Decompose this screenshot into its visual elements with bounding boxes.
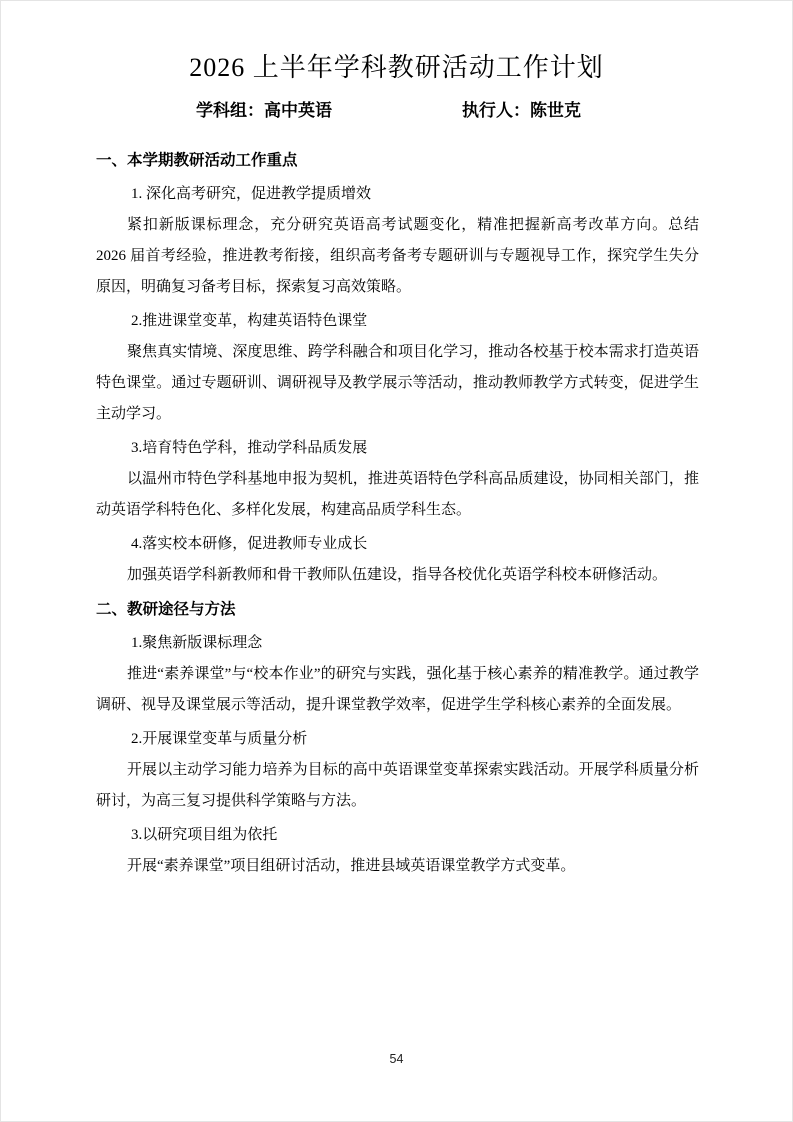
meta-line: 学科组：高中英语 执行人：陈世克 (1, 99, 792, 123)
section-1-item-2-body: 聚焦真实情境、深度思维、跨学科融合和项目化学习，推动各校基于校本需求打造英语特色… (96, 337, 699, 430)
section-1-item-2-subtitle: 2.推进课堂变革，构建英语特色课堂 (96, 306, 699, 337)
section-2-item-3-subtitle: 3.以研究项目组为依托 (96, 820, 699, 851)
section-1-item-1-body: 紧扣新版课标理念，充分研究英语高考试题变化，精准把握新高考改革方向。总结 202… (96, 210, 699, 303)
section-2-item-2-body: 开展以主动学习能力培养为目标的高中英语课堂变革探索实践活动。开展学科质量分析研讨… (96, 755, 699, 817)
section-1-item-3-body: 以温州市特色学科基地申报为契机，推进英语特色学科高品质建设，协同相关部门，推动英… (96, 464, 699, 526)
page-title: 2026 上半年学科教研活动工作计划 (1, 51, 792, 85)
section-2-heading: 二、教研途径与方法 (96, 594, 699, 625)
executor-label: 执行人：陈世克 (462, 99, 581, 123)
section-1-heading: 一、本学期教研活动工作重点 (96, 145, 699, 176)
subject-group-label: 学科组：高中英语 (196, 99, 332, 123)
section-2-item-3-body: 开展“素养课堂”项目组研讨活动，推进县域英语课堂教学方式变革。 (96, 851, 699, 882)
page-number: 54 (1, 1052, 792, 1066)
section-2-item-2-subtitle: 2.开展课堂变革与质量分析 (96, 724, 699, 755)
section-1-item-3-subtitle: 3.培育特色学科，推动学科品质发展 (96, 433, 699, 464)
section-2-item-1-body: 推进“素养课堂”与“校本作业”的研究与实践，强化基于核心素养的精准教学。通过教学… (96, 659, 699, 721)
section-1-item-1-subtitle: 1. 深化高考研究，促进教学提质增效 (96, 179, 699, 210)
section-1-item-4-body: 加强英语学科新教师和骨干教师队伍建设，指导各校优化英语学科校本研修活动。 (96, 560, 699, 591)
section-2-item-1-subtitle: 1.聚焦新版课标理念 (96, 628, 699, 659)
section-1-item-4-subtitle: 4.落实校本研修，促进教师专业成长 (96, 529, 699, 560)
document-page: 2026 上半年学科教研活动工作计划 学科组：高中英语 执行人：陈世克 一、本学… (0, 0, 793, 1122)
document-body: 一、本学期教研活动工作重点 1. 深化高考研究，促进教学提质增效 紧扣新版课标理… (96, 145, 699, 882)
